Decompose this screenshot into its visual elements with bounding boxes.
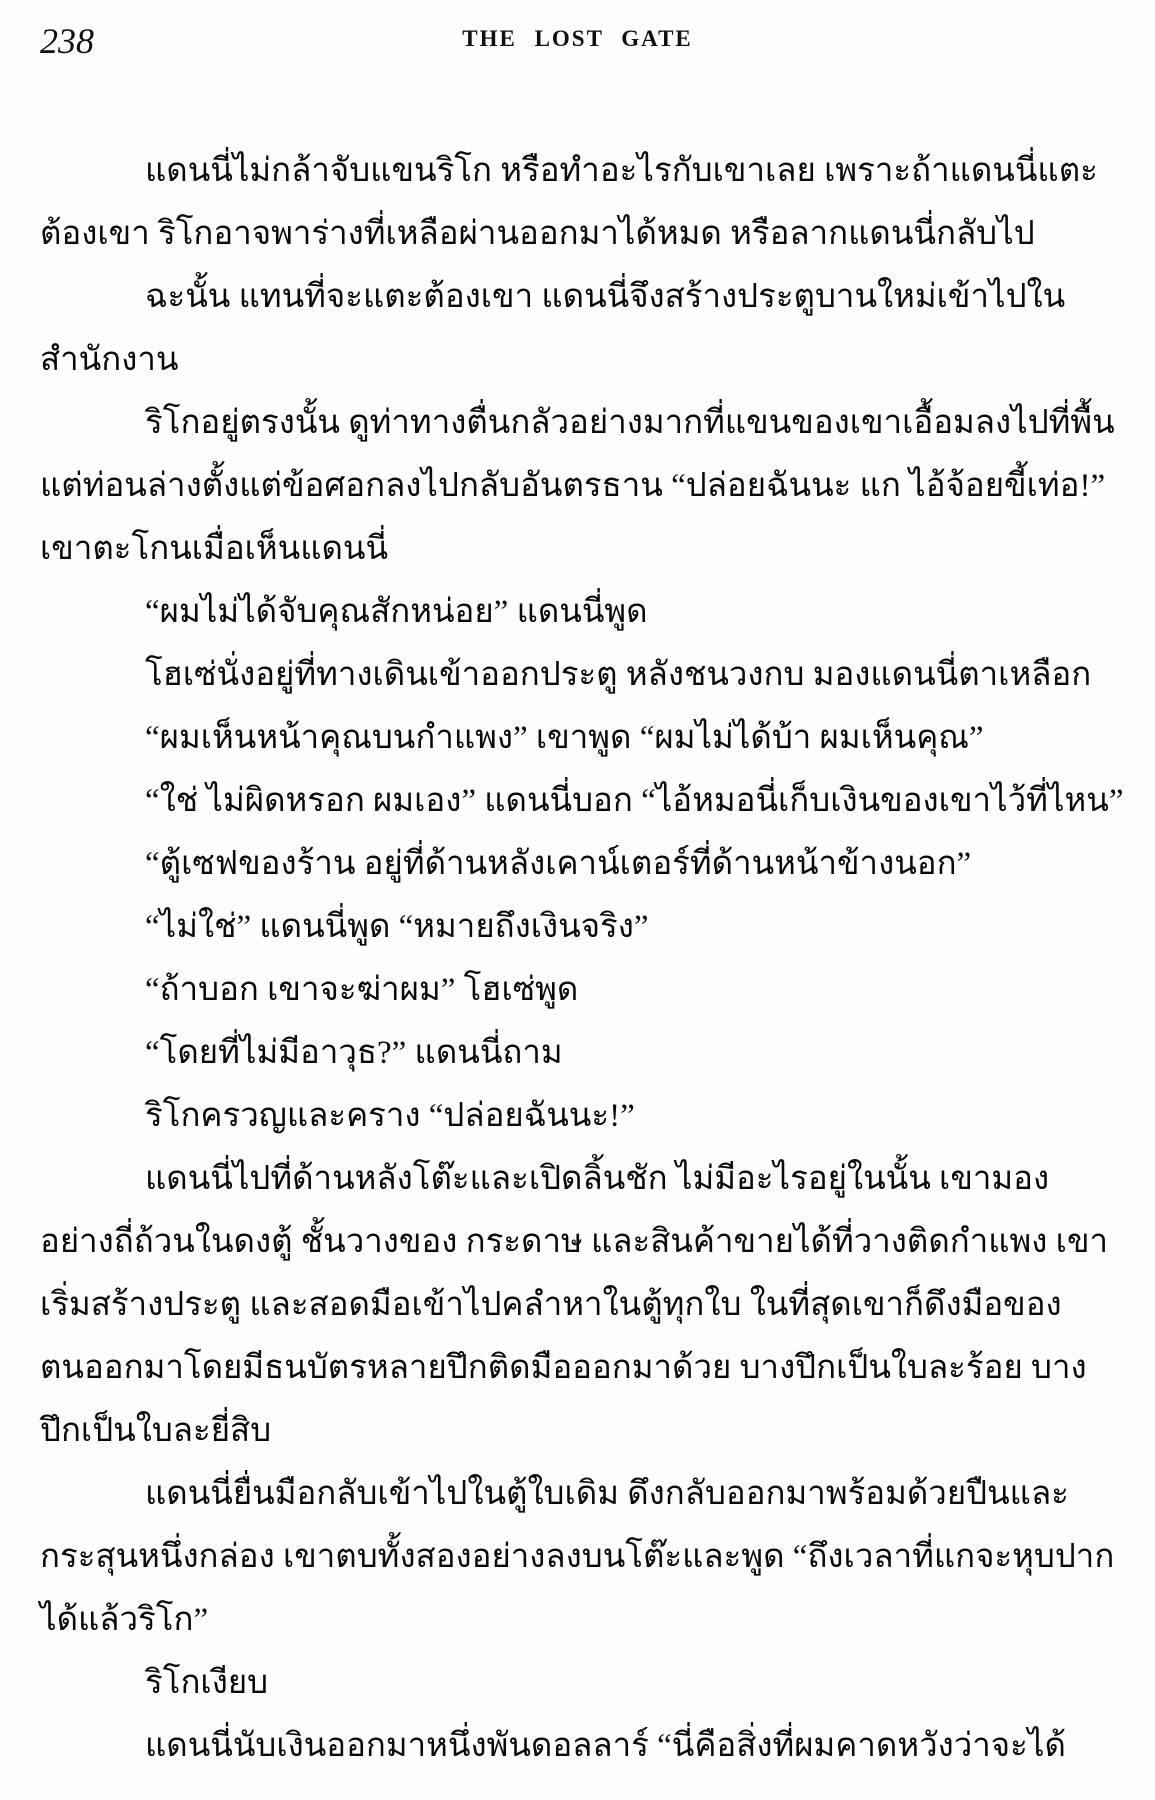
text-line: “ถ้าบอก เขาจะฆ่าผม” โฮเซ่พูด: [40, 959, 1117, 1022]
text-body: แดนนี่ไม่กล้าจับแขนริโก หรือทำอะไรกับเขา…: [40, 140, 1117, 1778]
text-line: เริ่มสร้างประตู และสอดมือเข้าไปคลำหาในตู…: [40, 1274, 1117, 1337]
running-header: 238 THE LOST GATE: [0, 18, 1155, 68]
text-line: ฉะนั้น แทนที่จะแตะต้องเขา แดนนี่จึงสร้าง…: [40, 266, 1117, 329]
text-line: อย่างถี่ถ้วนในดงตู้ ชั้นวางของ กระดาษ แล…: [40, 1211, 1117, 1274]
text-line: แต่ท่อนล่างตั้งแต่ข้อศอกลงไปกลับอันตรธาน…: [40, 455, 1117, 518]
text-line: ตนออกมาโดยมีธนบัตรหลายปึกติดมือออกมาด้วย…: [40, 1337, 1117, 1400]
text-line: ริโกเงียบ: [40, 1652, 1117, 1715]
text-line: “ตู้เซฟของร้าน อยู่ที่ด้านหลังเคาน์เตอร์…: [40, 833, 1117, 896]
text-line: เขาตะโกนเมื่อเห็นแดนนี่: [40, 518, 1117, 581]
text-line: กระสุนหนึ่งกล่อง เขาตบทั้งสองอย่างลงบนโต…: [40, 1526, 1117, 1589]
text-line: “โดยที่ไม่มีอาวุธ?” แดนนี่ถาม: [40, 1022, 1117, 1085]
text-line: ริโกอยู่ตรงนั้น ดูท่าทางตื่นกลัวอย่างมาก…: [40, 392, 1117, 455]
text-line: แดนนี่นับเงินออกมาหนึ่งพันดอลลาร์ “นี่คื…: [40, 1715, 1117, 1778]
text-line: ต้องเขา ริโกอาจพาร่างที่เหลือผ่านออกมาได…: [40, 203, 1117, 266]
text-line: แดนนี่ไปที่ด้านหลังโต๊ะและเปิดลิ้นชัก ไม…: [40, 1148, 1117, 1211]
book-title: THE LOST GATE: [0, 26, 1155, 52]
text-line: ริโกครวญและคราง “ปล่อยฉันนะ!”: [40, 1085, 1117, 1148]
book-page: 238 THE LOST GATE แดนนี่ไม่กล้าจับแขนริโ…: [0, 0, 1155, 1800]
text-line: แดนนี่ยื่นมือกลับเข้าไปในตู้ใบเดิม ดึงกล…: [40, 1463, 1117, 1526]
text-line: ได้แล้วริโก”: [40, 1589, 1117, 1652]
text-line: “ใช่ ไม่ผิดหรอก ผมเอง” แดนนี่บอก “ไอ้หมอ…: [40, 770, 1117, 833]
text-line: ปึกเป็นใบละยี่สิบ: [40, 1400, 1117, 1463]
text-line: “ไม่ใช่” แดนนี่พูด “หมายถึงเงินจริง”: [40, 896, 1117, 959]
text-line: แดนนี่ไม่กล้าจับแขนริโก หรือทำอะไรกับเขา…: [40, 140, 1117, 203]
text-line: “ผมเห็นหน้าคุณบนกำแพง” เขาพูด “ผมไม่ได้บ…: [40, 707, 1117, 770]
text-line: “ผมไม่ได้จับคุณสักหน่อย” แดนนี่พูด: [40, 581, 1117, 644]
text-line: สำนักงาน: [40, 329, 1117, 392]
text-line: โฮเซ่นั่งอยู่ที่ทางเดินเข้าออกประตู หลัง…: [40, 644, 1117, 707]
